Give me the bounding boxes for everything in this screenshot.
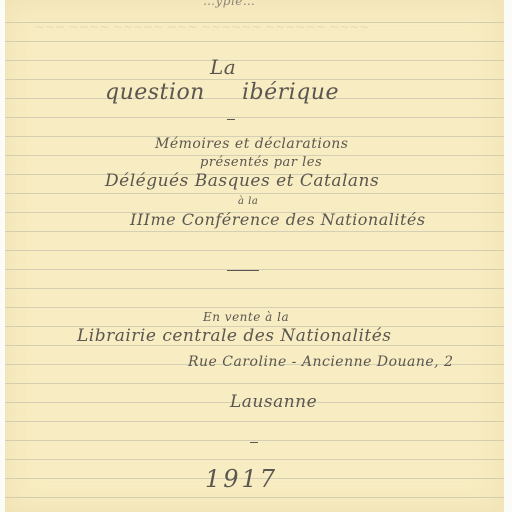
sale-librairie: Librairie centrale des Nationalités xyxy=(77,326,392,346)
subtitle-memoires: Mémoires et déclarations xyxy=(155,136,348,152)
year: 1917 xyxy=(205,465,278,493)
section-separator xyxy=(227,270,259,271)
title-la: La xyxy=(210,55,236,79)
city-separator xyxy=(250,442,258,443)
bleed-through-text: ~~~ ~~~~ ~~~~~ ~~~ ~~~~~~ ~~~~~~ ~~~~ xyxy=(35,20,370,34)
subtitle-conference: IIIme Conférence des Nationalités xyxy=(130,210,426,229)
title-iberique: ibérique xyxy=(242,80,339,105)
sale-en-vente: En vente à la xyxy=(203,310,289,324)
city-lausanne: Lausanne xyxy=(230,392,317,412)
header-fragment: …ypie… xyxy=(203,0,255,8)
subtitle-presentes: présentés par les xyxy=(200,155,322,170)
manuscript-page: ~~~ ~~~~ ~~~~~ ~~~ ~~~~~~ ~~~~~~ ~~~~ …y… xyxy=(5,0,504,512)
title-separator xyxy=(227,119,235,120)
subtitle-delegues: Délégués Basques et Catalans xyxy=(105,171,379,191)
sale-address: Rue Caroline - Ancienne Douane, 2 xyxy=(188,354,454,370)
title-question: question xyxy=(105,80,205,105)
subtitle-a-la: à la xyxy=(238,196,258,207)
